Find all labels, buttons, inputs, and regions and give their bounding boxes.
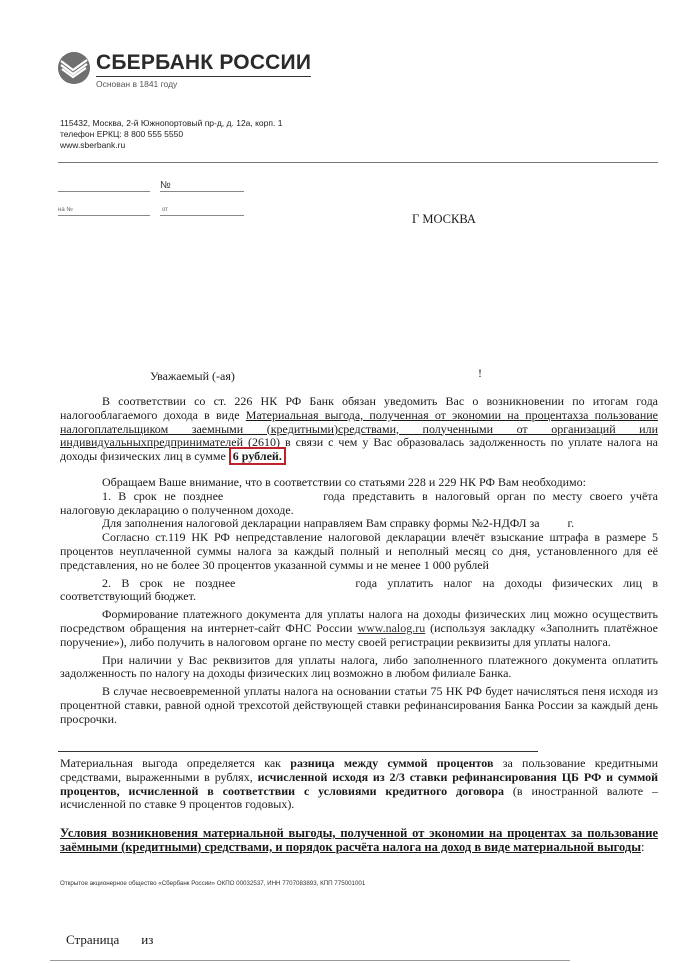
bank-address: 115432, Москва, 2-й Южнопортовый пр-д, д… xyxy=(60,118,282,129)
bank-phone: телефон ЕРКЦ: 8 800 555 5550 xyxy=(60,129,282,140)
late-payment-paragraph: В случае несвоевременной уплаты налога н… xyxy=(60,685,658,726)
definition-paragraph: Материальная выгода определяется как раз… xyxy=(60,757,658,812)
conditions-heading: Условия возникновения материальной выгод… xyxy=(60,827,658,855)
ndfl-paragraph: Для заполнения налоговой декларации напр… xyxy=(60,517,658,531)
reply-number-line xyxy=(58,215,150,216)
founded-tagline: Основан в 1841 году xyxy=(96,79,311,89)
intro-paragraph: В соответствии со ст. 226 НК РФ Банк обя… xyxy=(60,395,658,464)
letterhead-logo: СБЕРБАНК РОССИИ Основан в 1841 году xyxy=(58,52,311,89)
item-1: 1. В срок не позднеегода представить в н… xyxy=(60,490,658,518)
bank-name: СБЕРБАНК РОССИИ xyxy=(96,52,311,77)
bank-website: www.sberbank.ru xyxy=(60,140,282,151)
of-label: из xyxy=(141,932,153,947)
from-label: от xyxy=(162,207,168,213)
page-counter: Страницаиз xyxy=(66,932,153,948)
branch-paragraph: При наличии у Вас реквизитов для уплаты … xyxy=(60,654,658,682)
bottom-edge xyxy=(50,960,570,961)
penalty-paragraph: Согласно ст.119 НК РФ непредставление на… xyxy=(60,531,658,572)
city: Г МОСКВА xyxy=(412,212,476,227)
reply-date-line xyxy=(160,215,244,216)
reply-to-label: на № xyxy=(58,207,73,213)
outgoing-number-line xyxy=(160,191,244,192)
legal-footer: Открытое акционерное общество «Сбербанк … xyxy=(60,880,365,887)
nalog-link[interactable]: www.nalog.ru xyxy=(357,621,425,635)
number-label: № xyxy=(160,180,171,191)
tax-amount-highlight: 6 рублей. xyxy=(229,447,286,465)
sberbank-logo-icon xyxy=(58,52,90,84)
greeting: Уважаемый (-ая) xyxy=(150,369,235,384)
letter-body: Обращаем Ваше внимание, что в соответств… xyxy=(60,476,658,727)
header-divider xyxy=(58,162,658,163)
outgoing-date-line xyxy=(58,191,150,192)
bank-contacts: 115432, Москва, 2-й Южнопортовый пр-д, д… xyxy=(60,118,282,151)
page-label: Страница xyxy=(66,932,119,947)
payment-doc-paragraph: Формирование платежного документа для уп… xyxy=(60,608,658,649)
greeting-exclamation: ! xyxy=(478,366,482,381)
item-2: 2. В срок не позднеегода уплатить налог … xyxy=(60,577,658,605)
attention-paragraph: Обращаем Ваше внимание, что в соответств… xyxy=(60,476,658,490)
section-divider xyxy=(58,751,538,752)
